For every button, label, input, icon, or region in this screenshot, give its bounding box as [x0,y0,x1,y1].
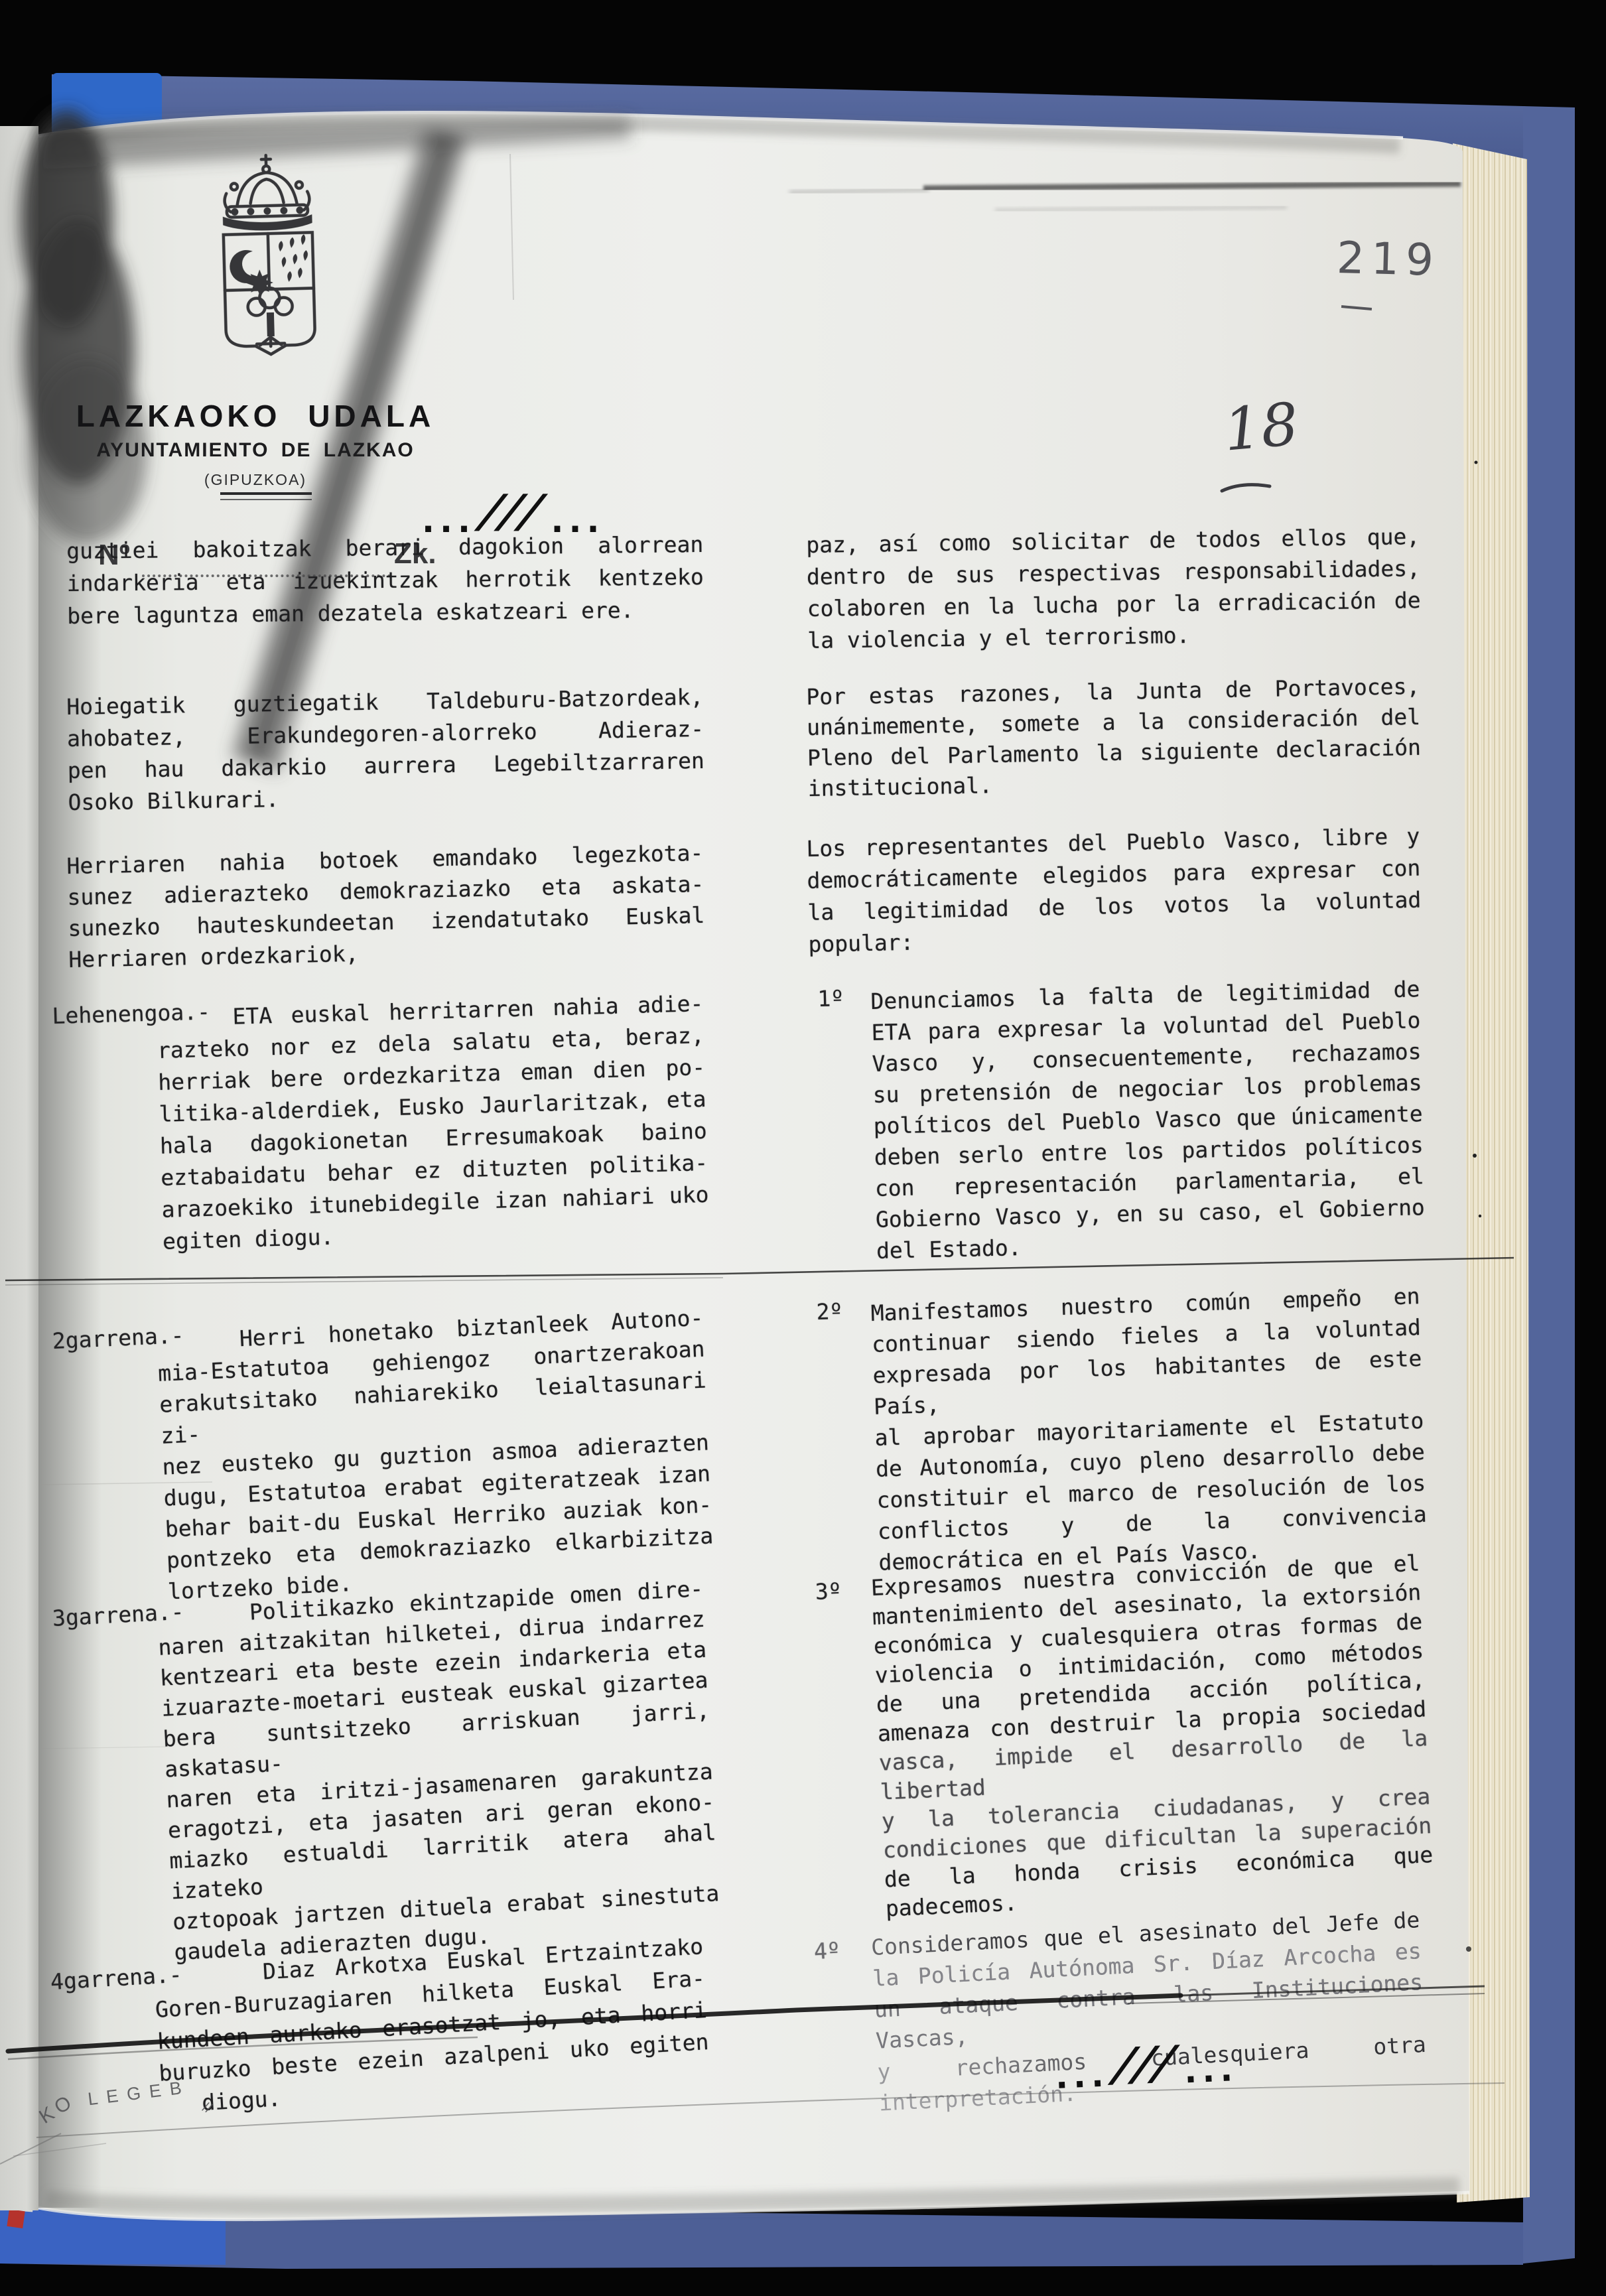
continuation-slashes: /// [477,490,549,535]
archive-page-number: 219 [1336,232,1441,286]
continuation-mark-bottom: ... /// ... [1054,2038,1238,2091]
top-smudge-line [789,184,1461,210]
clause-basque-2: Herri honetako biztanleek Autono-mia-Est… [156,1302,715,1607]
clause-basque-3: Politikazko ekintzapide omen dire-naren … [156,1574,722,1968]
page-crease-middle [5,1258,1514,1285]
continuation-dots: ... [1055,2058,1110,2093]
continuation-mark-top: ... /// ... [422,490,604,535]
paragraph-spanish-representantes: Los representantes del Pueblo Vasco, lib… [806,821,1422,961]
clause-label-3: 3º [815,1578,842,1605]
page-edge-stack [1453,143,1530,2202]
letterhead-rule-thin [220,499,312,500]
handwritten-underline [1219,480,1279,495]
paragraph-spanish-paz: paz, así como solicitar de todos ellos q… [806,521,1422,657]
letterhead-title: LAZKAOKO UDALA [70,398,441,434]
letterhead-rule [220,492,312,495]
clause-label-1: 1º [817,985,844,1012]
handwritten-folio-number: 18 [1221,389,1302,464]
coat-of-arms-icon [191,149,351,379]
clause-basque-4: Diaz Arkotxa Euskal ErtzaintzakoGoren-Bu… [153,1930,711,2121]
text-line: bere laguntza eman dezatela eskatzeari e… [67,593,704,632]
page-number-underline [1341,305,1372,310]
clause-label-4: 4º [813,1937,841,1964]
stamp-fragment-ko: KO [35,2089,80,2128]
clause-label-2: 2º [816,1298,843,1325]
clause-spanish-2: Manifestamos nuestro común empeño encont… [870,1280,1428,1578]
facing-page-edge [0,126,38,2210]
clause-basque-1: ETA euskal herritarren nahia adie-raztek… [156,988,710,1258]
edge-specks [1466,461,1481,1952]
paragraph-basque-herriaren: Herriaren nahia botoek emandako legezkot… [66,837,706,975]
letterhead-subtitle: AYUNTAMIENTO DE LAZKAO [63,439,448,462]
clause-spanish-3: Expresamos nuestra convicción de que elm… [870,1548,1435,1923]
clause-spanish-1: Denunciamos la falta de legitimidad deET… [870,973,1426,1266]
paragraph-basque-intro: guztiei bakoitzak berari dagokion alorre… [66,528,704,632]
continuation-dots: ... [1183,2053,1238,2088]
paragraph-basque-hoiegatik: Hoiegatik guztiegatik Taldeburu-Batzorde… [66,681,705,819]
paragraph-spanish-razones: Por estas razones, la Junta de Portavoce… [806,671,1422,804]
continuation-slashes: /// [1111,2041,1181,2089]
letterhead-province: (GIPUZKOA) [63,471,448,489]
